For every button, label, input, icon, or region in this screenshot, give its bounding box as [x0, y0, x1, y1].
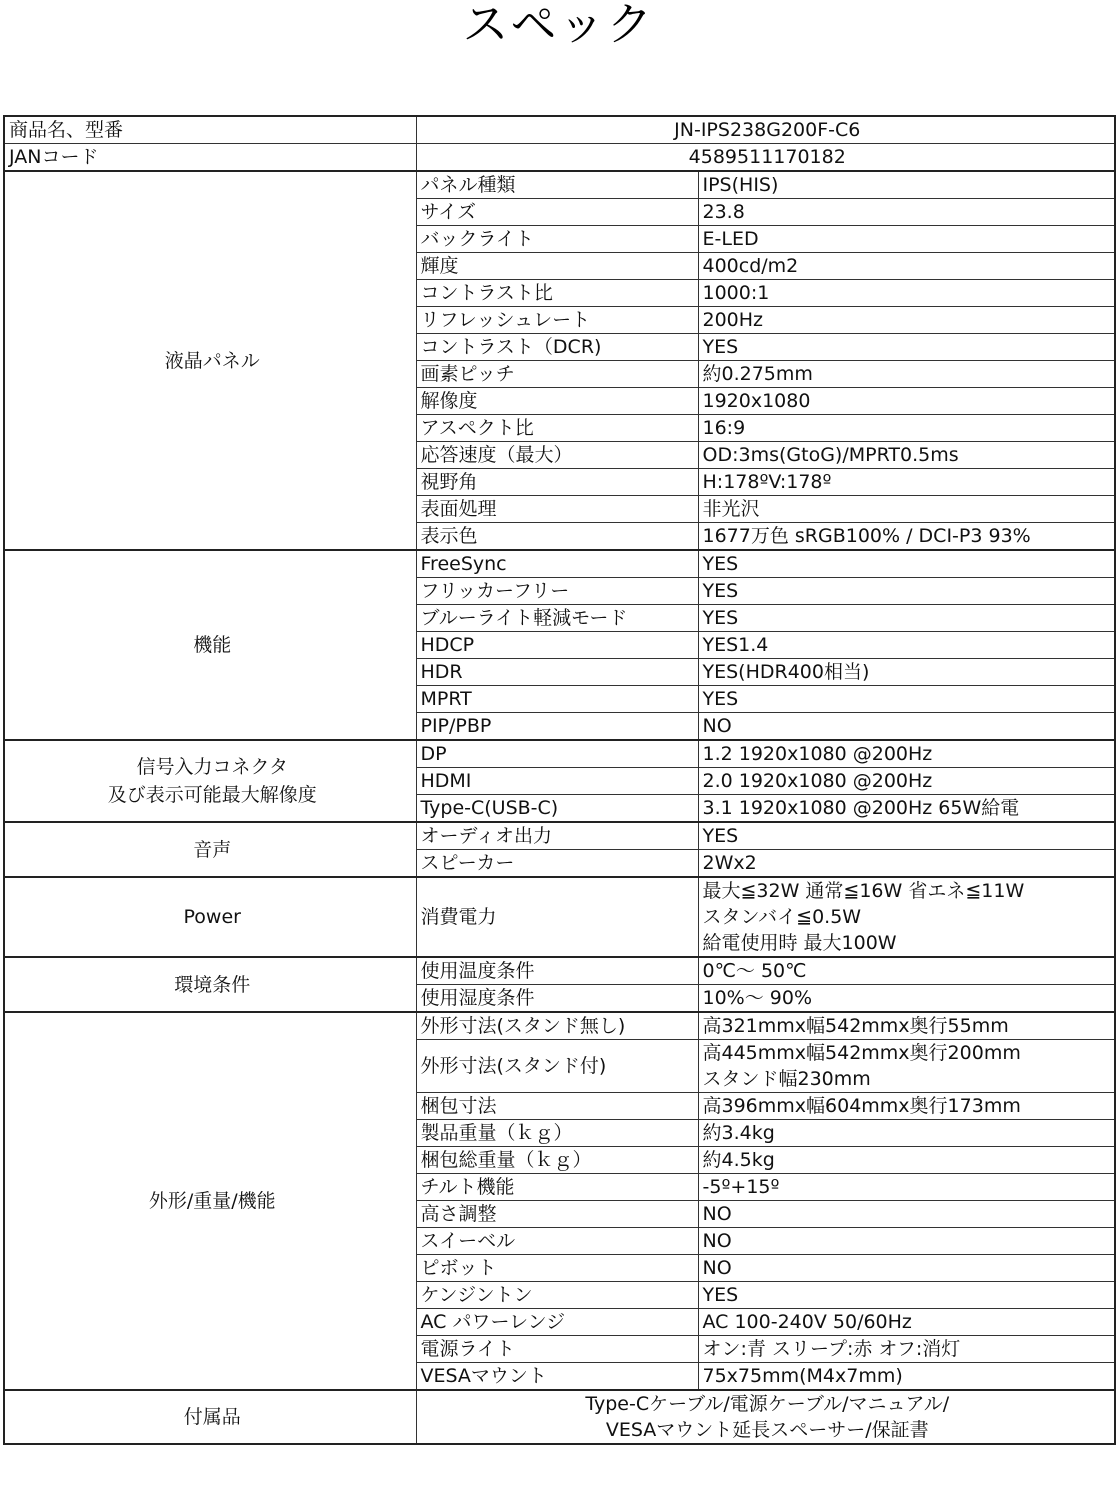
- spec-value: YES: [698, 686, 1115, 713]
- accessories-value-line: VESAマウント延長スペーサー/保証書: [421, 1417, 1115, 1443]
- spec-value: 約3.4kg: [698, 1120, 1115, 1147]
- spec-value: 16:9: [698, 415, 1115, 442]
- spec-label: 輝度: [416, 253, 698, 280]
- spec-label: 使用湿度条件: [416, 985, 698, 1013]
- spec-value: 0℃～ 50℃: [698, 957, 1115, 985]
- spec-label: MPRT: [416, 686, 698, 713]
- spec-value: 高321mmx幅542mmx奥行55mm: [698, 1012, 1115, 1040]
- spec-value: オン:青 スリープ:赤 オフ:消灯: [698, 1336, 1115, 1363]
- spec-label: 電源ライト: [416, 1336, 698, 1363]
- spec-label: 解像度: [416, 388, 698, 415]
- spec-label: 応答速度（最大）: [416, 442, 698, 469]
- accessories-value-line: Type-Cケーブル/電源ケーブル/マニュアル/: [421, 1391, 1115, 1417]
- spec-label: チルト機能: [416, 1174, 698, 1201]
- spec-value: YES: [698, 822, 1115, 850]
- spec-label: 使用温度条件: [416, 957, 698, 985]
- spec-label: HDR: [416, 659, 698, 686]
- spec-label: AC パワーレンジ: [416, 1309, 698, 1336]
- spec-label: スピーカー: [416, 850, 698, 878]
- category-features: 機能: [4, 550, 416, 740]
- spec-value: E-LED: [698, 226, 1115, 253]
- spec-value: 2.0 1920x1080 @200Hz: [698, 768, 1115, 795]
- spec-label: 梱包寸法: [416, 1093, 698, 1120]
- spec-label: コントラスト比: [416, 280, 698, 307]
- spec-label: アスペクト比: [416, 415, 698, 442]
- category-inputs-line: 及び表示可能最大解像度: [9, 781, 416, 809]
- table-row: 商品名、型番JN-IPS238G200F-C6: [4, 116, 1115, 144]
- spec-label: 表面処理: [416, 496, 698, 523]
- spec-value: NO: [698, 713, 1115, 741]
- table-row: 液晶パネルパネル種類IPS(HIS): [4, 171, 1115, 199]
- spec-label: VESAマウント: [416, 1363, 698, 1391]
- table-row: 機能FreeSyncYES: [4, 550, 1115, 578]
- spec-value: IPS(HIS): [698, 171, 1115, 199]
- category-environment: 環境条件: [4, 957, 416, 1012]
- spec-label: ピボット: [416, 1255, 698, 1282]
- spec-value: NO: [698, 1201, 1115, 1228]
- row-label: JANコード: [4, 144, 416, 172]
- spec-value-line: 給電使用時 最大100W: [703, 930, 1115, 956]
- spec-value: -5º+15º: [698, 1174, 1115, 1201]
- table-row: 信号入力コネクタ及び表示可能最大解像度DP1.2 1920x1080 @200H…: [4, 740, 1115, 768]
- row-value: 4589511170182: [416, 144, 1115, 172]
- spec-value: YES: [698, 334, 1115, 361]
- row-label: 商品名、型番: [4, 116, 416, 144]
- spec-label: リフレッシュレート: [416, 307, 698, 334]
- spec-value-line: スタンバイ≦0.5W: [703, 904, 1115, 930]
- spec-value: 高445mmx幅542mmx奥行200mmスタンド幅230mm: [698, 1040, 1115, 1093]
- spec-value-line: スタンド幅230mm: [703, 1066, 1115, 1092]
- spec-value: H:178ºV:178º: [698, 469, 1115, 496]
- spec-value: 400cd/m2: [698, 253, 1115, 280]
- spec-label: 視野角: [416, 469, 698, 496]
- spec-value: NO: [698, 1228, 1115, 1255]
- spec-value: AC 100-240V 50/60Hz: [698, 1309, 1115, 1336]
- spec-label: DP: [416, 740, 698, 768]
- spec-value: 1677万色 sRGB100% / DCI-P3 93%: [698, 523, 1115, 551]
- spec-label: Type-C(USB-C): [416, 795, 698, 823]
- spec-label: 画素ピッチ: [416, 361, 698, 388]
- spec-value: 1.2 1920x1080 @200Hz: [698, 740, 1115, 768]
- spec-label: ケンジントン: [416, 1282, 698, 1309]
- spec-value: 2Wx2: [698, 850, 1115, 878]
- spec-value: 10%～ 90%: [698, 985, 1115, 1013]
- category-panel: 液晶パネル: [4, 171, 416, 550]
- spec-label: FreeSync: [416, 550, 698, 578]
- spec-label: パネル種類: [416, 171, 698, 199]
- spec-label: 製品重量（ｋｇ）: [416, 1120, 698, 1147]
- spec-value: 非光沢: [698, 496, 1115, 523]
- category-power: Power: [4, 877, 416, 957]
- spec-label: 表示色: [416, 523, 698, 551]
- category-accessories: 付属品: [4, 1390, 416, 1444]
- spec-label: フリッカーフリー: [416, 578, 698, 605]
- row-value: JN-IPS238G200F-C6: [416, 116, 1115, 144]
- spec-value: 最大≦32W 通常≦16W 省エネ≦11Wスタンバイ≦0.5W給電使用時 最大1…: [698, 877, 1115, 957]
- category-inputs: 信号入力コネクタ及び表示可能最大解像度: [4, 740, 416, 822]
- spec-value: 75x75mm(M4x7mm): [698, 1363, 1115, 1391]
- spec-value: YES: [698, 550, 1115, 578]
- spec-label: コントラスト（DCR): [416, 334, 698, 361]
- spec-label: HDCP: [416, 632, 698, 659]
- category-audio: 音声: [4, 822, 416, 877]
- table-row: 外形/重量/機能外形寸法(スタンド無し)高321mmx幅542mmx奥行55mm: [4, 1012, 1115, 1040]
- spec-value: 1000:1: [698, 280, 1115, 307]
- spec-value: 1920x1080: [698, 388, 1115, 415]
- spec-value: YES(HDR400相当): [698, 659, 1115, 686]
- spec-value-line: 高445mmx幅542mmx奥行200mm: [703, 1040, 1115, 1066]
- spec-value: 約0.275mm: [698, 361, 1115, 388]
- spec-value: 3.1 1920x1080 @200Hz 65W給電: [698, 795, 1115, 823]
- spec-label: ブルーライト軽減モード: [416, 605, 698, 632]
- spec-value: YES1.4: [698, 632, 1115, 659]
- spec-value: YES: [698, 1282, 1115, 1309]
- spec-value: YES: [698, 605, 1115, 632]
- spec-value: 高396mmx幅604mmx奥行173mm: [698, 1093, 1115, 1120]
- spec-label: サイズ: [416, 199, 698, 226]
- table-row: 音声オーディオ出力YES: [4, 822, 1115, 850]
- spec-value: YES: [698, 578, 1115, 605]
- spec-label: HDMI: [416, 768, 698, 795]
- spec-value-line: 最大≦32W 通常≦16W 省エネ≦11W: [703, 878, 1115, 904]
- table-row: JANコード4589511170182: [4, 144, 1115, 172]
- table-row: Power消費電力最大≦32W 通常≦16W 省エネ≦11Wスタンバイ≦0.5W…: [4, 877, 1115, 957]
- category-physical: 外形/重量/機能: [4, 1012, 416, 1390]
- spec-value: OD:3ms(GtoG)/MPRT0.5ms: [698, 442, 1115, 469]
- spec-label: 梱包総重量（ｋｇ）: [416, 1147, 698, 1174]
- spec-label: バックライト: [416, 226, 698, 253]
- spec-label: スイーベル: [416, 1228, 698, 1255]
- table-row: 付属品Type-Cケーブル/電源ケーブル/マニュアル/VESAマウント延長スペー…: [4, 1390, 1115, 1444]
- spec-value: 200Hz: [698, 307, 1115, 334]
- spec-value: 23.8: [698, 199, 1115, 226]
- spec-value: 約4.5kg: [698, 1147, 1115, 1174]
- spec-label: 高さ調整: [416, 1201, 698, 1228]
- page-title: スペック: [0, 0, 1117, 54]
- spec-table: 商品名、型番JN-IPS238G200F-C6JANコード45895111701…: [3, 115, 1116, 1445]
- spec-label: PIP/PBP: [416, 713, 698, 741]
- spec-label: 外形寸法(スタンド付): [416, 1040, 698, 1093]
- spec-value: NO: [698, 1255, 1115, 1282]
- category-inputs-line: 信号入力コネクタ: [9, 753, 416, 781]
- table-row: 環境条件使用温度条件0℃～ 50℃: [4, 957, 1115, 985]
- spec-label: 外形寸法(スタンド無し): [416, 1012, 698, 1040]
- spec-label: オーディオ出力: [416, 822, 698, 850]
- spec-label: 消費電力: [416, 877, 698, 957]
- accessories-value: Type-Cケーブル/電源ケーブル/マニュアル/VESAマウント延長スペーサー/…: [416, 1390, 1115, 1444]
